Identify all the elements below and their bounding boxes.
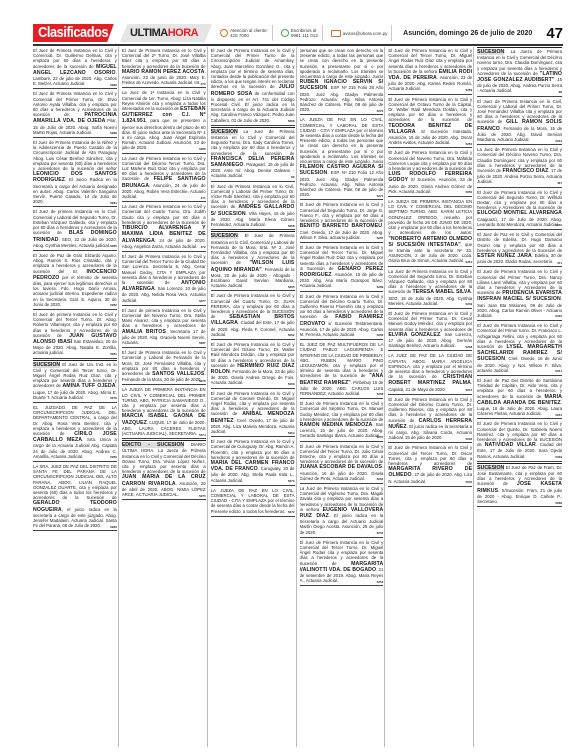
contact-value: 0981 111 013 (291, 33, 318, 38)
dateline: Asunción, domingo 26 de julio de 2020 (403, 30, 532, 37)
classified-ad: LA JUEZA DE PRIMERA INSTANCIA EN LO CIVI… (388, 198, 472, 266)
ad-code: 5240 (555, 223, 562, 228)
ad-code: 5250 (465, 190, 472, 195)
decedent-name: JUANA ESCOBAR DE DAVALOS (300, 464, 383, 470)
classified-ad: El Juez de Primera Instancia en lo Civil… (211, 183, 295, 231)
contact-value: 415 7000 (230, 33, 249, 38)
ad-code: 5248 (465, 345, 472, 350)
decedent-name: NATIVIDAD VILLAR (485, 442, 536, 448)
classified-ad: LA JUEZ DE PAZ DE LA CIUDAD DE CAPIATA, … (388, 352, 472, 394)
ad-text: El Juez de Primera Instancia en lo Civil… (300, 444, 384, 465)
classified-ad: personas que se crean con derecho en la … (300, 47, 384, 115)
ad-code: 5289 (110, 83, 117, 88)
ad-code: 5283 (110, 525, 117, 530)
ad-text: El Juez de Paz en lo Civil y Comercial d… (477, 232, 562, 253)
ad-text: El Juez de Primera Instancia en lo Civil… (211, 48, 295, 89)
classified-ad: El Juez de Primera Instancia en lo Civil… (300, 443, 384, 484)
ad-lead: SUCESION (477, 49, 504, 55)
classified-ad: El Juez de Primera Instancia en lo Civil… (33, 90, 117, 138)
classifieds-columns: El Juez de Primera Instancia en lo Civil… (33, 47, 563, 747)
ad-text: El Juez de Primera Instancia en lo Civil… (477, 190, 562, 211)
ad-code: 5249 (465, 302, 472, 307)
ad-code: 471 (557, 261, 562, 266)
classified-ad: El Juez de primera Instancia en lo Civil… (33, 311, 117, 359)
decedent-name: ESTER NUÑEZ JARA (477, 253, 532, 259)
classified-ad: El Juez de Primera Instancia en lo Civil… (477, 98, 562, 146)
logo-hora: HORA (168, 27, 198, 39)
ad-code: 5266 (288, 224, 295, 229)
classified-ad: El Juez de Primera Instancia en lo Civil… (211, 438, 295, 486)
ad-lead: SUCESION (33, 362, 60, 368)
column-2: El Juez de Primera Instancia en lo Civil… (122, 47, 208, 747)
classified-ad: La Juez de 1ª Instancia en lo Civil y Co… (122, 89, 206, 153)
classified-ad: LA SRA. JUEZ DE PAZ DEL DISTRITO DE SANT… (33, 463, 117, 531)
ad-text: LA JUEZA DE PAZ EN LO CIVIL, COMERCIAL Y… (300, 117, 384, 164)
ad-text: El Juez de Primera Instancia en lo Civil… (388, 97, 472, 123)
ad-code: 5270 (377, 109, 384, 114)
classified-ad: EDICTO - SUCESION DIARIO ÚLTIMA HORA. La… (122, 440, 206, 500)
ad-code: 5285 (110, 244, 117, 249)
ad-code: 5269 (377, 285, 384, 290)
classified-ad: El Juez de Primera Instancia en lo Civil… (388, 310, 472, 351)
classified-ad: El Juez de Primera Instancia en lo Civil… (122, 253, 206, 306)
classified-ad: El Juez de Primera Instancia de la Niñez… (33, 139, 117, 207)
ad-lead: SUCESION (477, 465, 504, 471)
ad-text: El Juez de Primera Instancia en lo Civil… (300, 401, 384, 422)
classified-ad: La Juez de Primera Instancia en lo Civil… (122, 155, 206, 203)
newspaper-logo[interactable]: ULTIMAHORA (120, 24, 212, 42)
ad-text: LA JUEZA DE PAZ EN LO CIVIL, COMERCIAL Y… (211, 488, 295, 514)
ad-code: 5280 (110, 455, 117, 460)
decedent-name: ELVIRA GONZALEZ (388, 332, 440, 338)
ad-text: El Juez de Primera Instancia en lo Civil… (388, 311, 472, 332)
contact-email[interactable]: avisos@uhora.com.py (331, 25, 393, 41)
mail-icon (331, 30, 341, 37)
classified-ad: El Juez de Primera Instancia en lo Civil… (300, 400, 384, 441)
contact-email-address[interactable]: avisos@uhora.com.py (343, 31, 388, 36)
classified-ad: El Juez de Primera Instancia en lo Civil… (388, 149, 472, 197)
classified-ad: El Juez de Primera Instancia en lo Civil… (477, 189, 562, 230)
ad-code: 5243 (555, 139, 562, 144)
ad-code: 5239 (555, 455, 562, 460)
column-5: El Juez de Primera Instancia en lo Civil… (388, 47, 474, 747)
classified-ad: El Juez de Primera Instancia en lo Civil… (33, 47, 117, 89)
classified-ad: La Juez de Primera Instancia en lo Civil… (388, 268, 472, 309)
decedent-name: RAMON MEDINA MENDOZA (300, 422, 373, 428)
ad-code: 472 (201, 245, 206, 250)
classified-ad: El Juez de Primera Instancia en lo Civil… (388, 96, 472, 149)
ad-code: 5262 (288, 333, 295, 338)
ad-code: 5274 (199, 433, 206, 438)
classified-ad: El Juez de Primera Instancia en lo Civil… (388, 444, 472, 486)
classified-ad: El Juez de Primera Instancia en lo Civil… (477, 322, 562, 376)
ad-code: 5287 (199, 341, 206, 346)
ad-text: LA JUEZA DE PRIMERA INSTANCIA EN LO CIVI… (122, 387, 206, 413)
ad-code: 80 (291, 175, 294, 180)
decedent-name: TERESA MABEL SILVA (413, 289, 471, 295)
classified-ad: SUCESION: El Juez de Primera Instancia e… (211, 231, 295, 291)
page-header: Clasificados ULTIMAHORA Atención al clie… (33, 22, 563, 44)
ad-text-end: Caaguazú, 17 de Julio de 2020. Abog. Leo… (477, 217, 562, 227)
classified-ad: EL JUEZ DE PAZ MULTIFUEROS DE LA CIUDAD … (300, 341, 384, 399)
ad-code: 5264 (288, 431, 295, 436)
column-4: personas que se crean con derecho en la … (300, 47, 386, 747)
classified-ad: El Juez de Primera Instancia en lo Civil… (211, 390, 295, 438)
ad-code: 5279 (110, 396, 117, 401)
ad-code: 5251 (465, 260, 472, 265)
ad-code: 5267 (377, 236, 384, 241)
ad-code: 5284 (110, 201, 117, 206)
ad-text: El Juez de Primera Instancia en lo Civil… (300, 202, 384, 223)
ad-code: 5286 (199, 147, 206, 152)
whatsapp-icon (281, 29, 289, 37)
ad-text: El Juez de Primera Instancia de la Niñez… (33, 140, 117, 171)
decedent-name: SANTOS VALLEJOS (152, 371, 204, 377)
ad-code: 467 (557, 181, 562, 186)
classified-ad: EL JUZGADO DE PAZ DE LA CIRCUNSCRIPCIÓN … (33, 404, 117, 462)
classified-ad: El Juez de primera Instancia en lo Civil… (33, 208, 117, 250)
ad-text: personas que se crean con derecho en la … (300, 48, 384, 79)
ad-text: El Juez de Primera Instancia en lo Civil… (388, 445, 472, 466)
classified-ad: El Juez de Primera Instancia en lo Civil… (122, 349, 206, 385)
classified-ad: SUCESION La Juez de Primera Instancia en… (211, 127, 295, 182)
classified-ad: LA JUEZA DE PRIMERA INSTANCIA EN LO CIVI… (122, 386, 206, 439)
ad-code: 5277 (199, 299, 206, 304)
classified-ad: El Juez de Primera Instancia en lo Civil… (300, 201, 384, 242)
header-divider (33, 44, 563, 46)
ad-code: 5261 (377, 477, 384, 482)
classified-ad: SUCESION: La Jueza de Primera Instancia … (477, 47, 562, 97)
ad-code: 5241 (555, 369, 562, 374)
ad-code: 5268 (288, 119, 295, 124)
ad-code: 5257 (377, 435, 384, 440)
ad-text: El Juez de primera Instancia en lo Civil… (122, 308, 206, 329)
ad-code: 5263 (288, 382, 295, 387)
ad-code: 5245 (465, 480, 472, 485)
classified-ad: El Juez de Primera Instancia en lo Civil… (477, 420, 562, 461)
ad-lead: EDICTO - SUCESION (122, 442, 184, 448)
classified-ad: LA JUEZA DE PAZ EN LO CIVIL, COMERCIAL Y… (300, 116, 384, 200)
ad-code: 5247 (465, 388, 472, 393)
ad-text: LA JUEZA DE PRIMERA INSTANCIA EN LO CIVI… (388, 199, 472, 235)
ad-text: El Juez de Primera Instancia en lo Civil… (211, 439, 295, 460)
classified-ad: El Juez de Primera Instancia en lo Civil… (388, 47, 472, 95)
ad-code: 5271 (377, 194, 384, 199)
classified-ad: LA JUEZA DE PAZ EN LO CIVIL, COMERCIAL Y… (211, 487, 295, 517)
classified-ad: El Juez de Primera Instancia en lo Civil… (300, 293, 384, 341)
ad-code: 5252 (465, 142, 472, 147)
classified-ad: El Juez de Primera Instancia en lo Civil… (122, 47, 206, 88)
contact-whatsapp: Escribinos al0981 111 013 (281, 25, 323, 41)
ad-text: El Juez de Primera Instancia en lo Civil… (388, 150, 472, 171)
ad-code: 5246 (465, 437, 472, 442)
ad-code: 5259 (465, 88, 472, 93)
ad-code: 5265 (288, 285, 295, 290)
classified-ad: La Juez de Primera Instancia en lo Civil… (477, 146, 562, 187)
ad-code: 5238 (555, 501, 562, 506)
classified-ad: El Juez de Primera Instancia en lo Civil… (211, 292, 295, 340)
classified-ad: El Juez de Paz en lo Civil y Comercial d… (477, 231, 562, 267)
ad-code: 5260 (377, 333, 384, 338)
decedent-name: BENITO BARRETO BARTOMEU (300, 223, 383, 229)
ad-code: 471 (201, 196, 206, 201)
classified-ad: El Juez de Paz Del Distrito de Santísima… (477, 377, 562, 419)
ad-code: 5273 (288, 479, 295, 484)
classified-ad: El Juez de Paz de Gral. Elizardo Aquino,… (33, 252, 117, 310)
ad-text: El Juez de Primera Instancia en lo Civil… (122, 48, 206, 69)
column-6: SUCESION: La Jueza de Primera Instancia … (477, 47, 563, 747)
classified-ad: SUCESION El Juez de Paz de Fram, Dr. Jos… (477, 463, 562, 507)
section-title: Clasificados (33, 24, 114, 42)
ad-code: 5244 (555, 413, 562, 418)
decedent-name: FRANCISCO DIAZ (502, 168, 548, 174)
ad-code: 5254 (377, 531, 384, 536)
logo-ultima: ULTIMA (130, 27, 168, 39)
classified-ad: La Juez de Primera Instancia en lo Civil… (300, 485, 384, 538)
column-3: El Juez de Primera Instancia en lo Civil… (211, 47, 297, 747)
ad-code: 5276 (199, 379, 206, 384)
ad-code: 5253 (377, 580, 384, 585)
decedent-name: AMINA TUFF OJEDA (62, 383, 115, 389)
decedent-name: AMALIA BRITOS (122, 329, 166, 335)
ad-lead: SUCESION (211, 233, 238, 239)
decedent-name: EULOGIO MONTIEL ALVARENGA (477, 210, 562, 216)
phone-icon (220, 29, 228, 37)
classified-ad: SUCESION El Juez de 1ra. Inst. en lo Civ… (33, 360, 117, 403)
section-banner: Clasificados (33, 24, 128, 42)
ad-code: 5281 (110, 352, 117, 357)
ad-code: 5272 (288, 510, 295, 515)
ad-code: 5242 (555, 314, 562, 319)
ad-code: 5275 (199, 494, 206, 499)
contact-phone: Atención al cliente:415 7000 (220, 25, 273, 41)
ad-text: LA SRA. JUEZ DE PAZ DEL DISTRITO DE SANT… (33, 464, 117, 500)
classified-ad: El Juez de Primera Instancia en lo Civil… (211, 341, 295, 389)
ad-code: 470 (201, 82, 206, 87)
classified-ad: El Juez de Primera Instancia en lo Civil… (300, 244, 384, 292)
classified-ad: El Juez de Primera Instancia en lo Civil… (477, 268, 562, 321)
decedent-name: "NORBERTO ARTEMIO OLMEDO S/ SUCESIÓN INT… (388, 236, 472, 248)
page-number: 47 (546, 25, 563, 42)
classified-ad: El Juez de Primera Instancia en lo Civil… (388, 396, 472, 444)
ad-code: 5288 (110, 131, 117, 136)
decedent-name: MARIO RAMON PEREZ ACOSTA (122, 69, 205, 75)
classified-ad: La Juez de Primera Instancia en lo Civil… (122, 203, 206, 252)
classified-ad: El Juez de primera Instancia en lo Civil… (122, 307, 206, 348)
classified-ad: El Juez de Primera Instancia en lo Civil… (300, 539, 384, 587)
ad-code: 5282 (110, 303, 117, 308)
ad-code: 68 (559, 90, 562, 95)
classified-ad: El Juez de Primera Instancia en lo Civil… (211, 47, 295, 126)
ad-lead: SUCESION (211, 129, 238, 135)
ad-code: 5258 (377, 392, 384, 397)
ad-text: La Juez de Primera Instancia en lo Civil… (122, 204, 206, 225)
column-1: El Juez de Primera Instancia en lo Civil… (33, 47, 119, 747)
